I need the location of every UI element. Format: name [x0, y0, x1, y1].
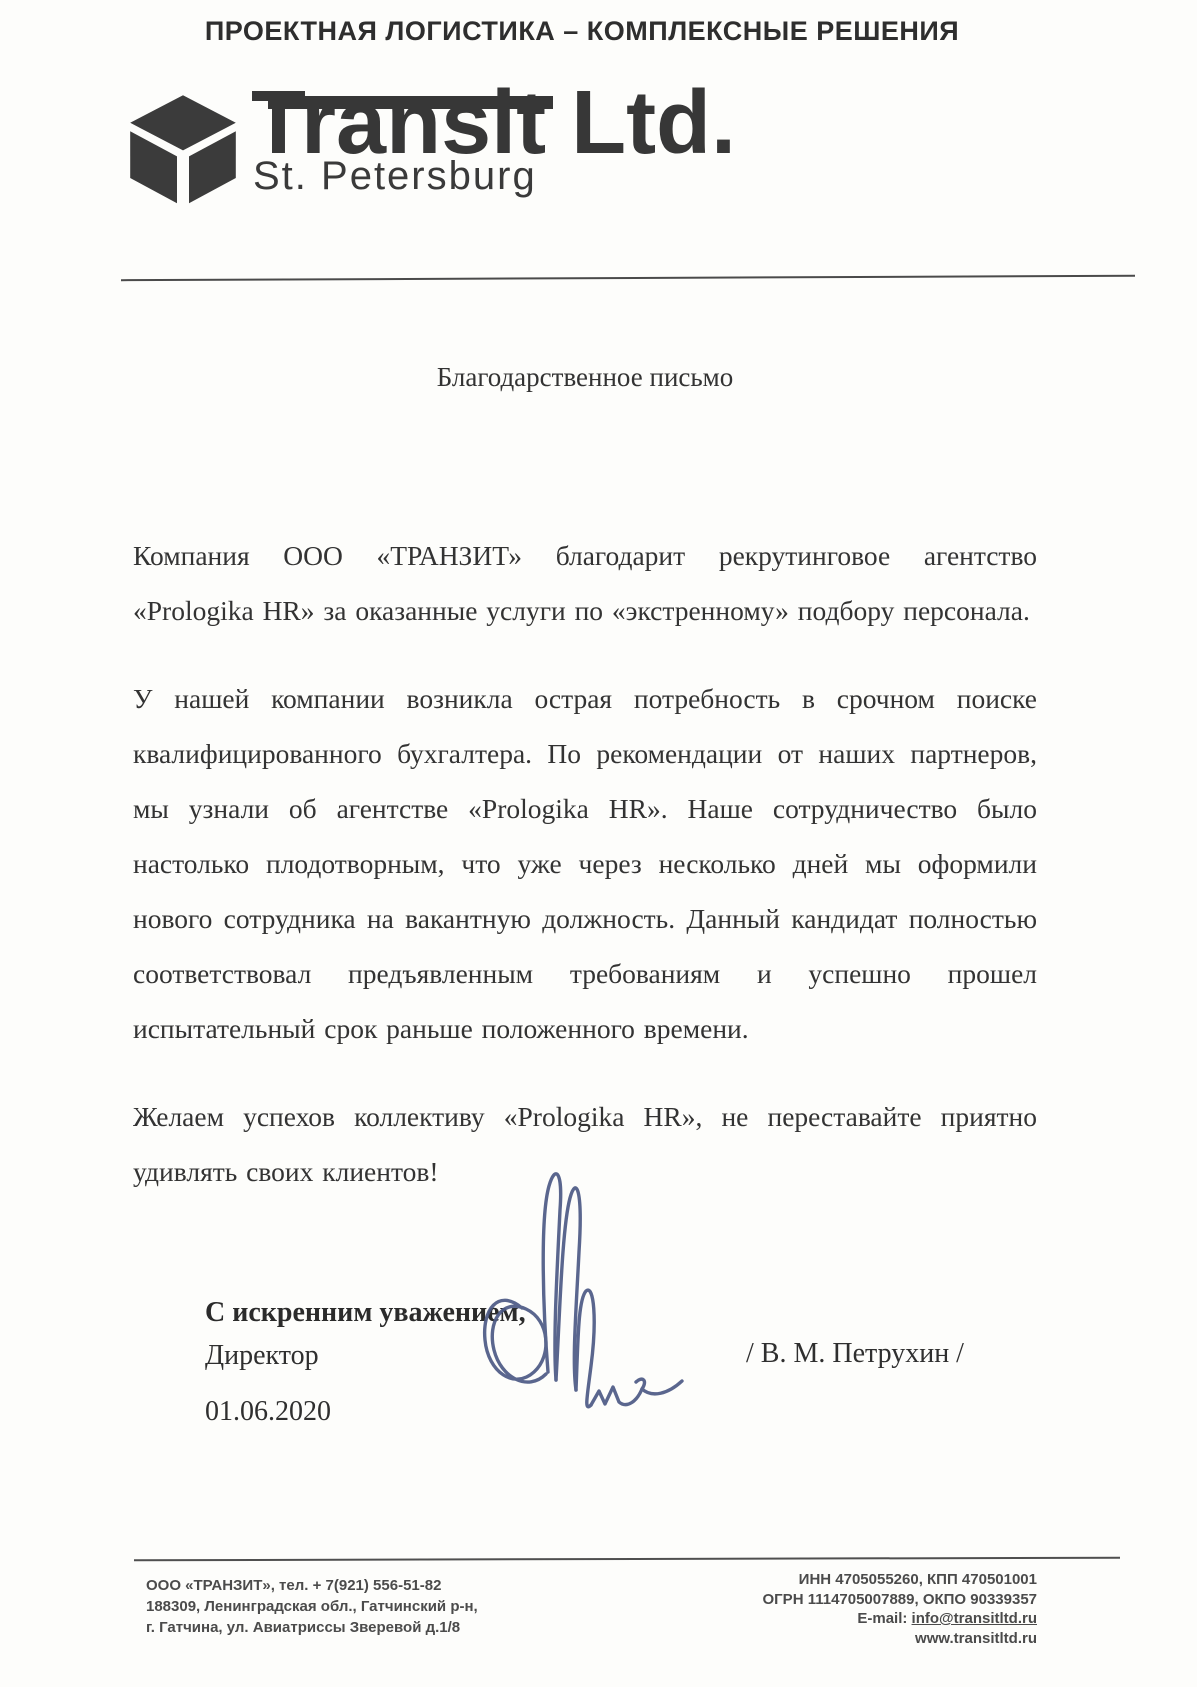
letter-body: Компания ООО «ТРАНЗИТ» благодарит рекрут… [133, 528, 1037, 1232]
footer-address-line: 188309, Ленинградская обл., Гатчинский р… [146, 1596, 478, 1617]
footer-address-line: г. Гатчина, ул. Авиатриссы Зверевой д.1/… [146, 1617, 478, 1638]
letter-title: Благодарственное письмо [133, 362, 1037, 393]
signer-position: Директор [205, 1340, 319, 1372]
footer-ogrn-okpo: ОГРН 1114705007889, ОКПО 90339357 [763, 1590, 1037, 1610]
footer-divider [134, 1557, 1120, 1562]
header-divider [121, 275, 1135, 281]
letter-paragraph: Компания ООО «ТРАНЗИТ» благодарит рекрут… [133, 528, 1037, 638]
footer-company-info: ООО «ТРАНЗИТ», тел. + 7(921) 556-51-82 1… [146, 1575, 478, 1638]
scanned-letter-page: ПРОЕКТНАЯ ЛОГИСТИКА – КОМПЛЕКСНЫЕ РЕШЕНИ… [0, 0, 1197, 1687]
letter-date: 01.06.2020 [205, 1396, 331, 1428]
logo-top-bar [268, 96, 553, 109]
cube-box-icon [123, 88, 243, 208]
footer-email-label: E-mail: [857, 1610, 911, 1627]
footer-company-line: ООО «ТРАНЗИТ», тел. + 7(921) 556-51-82 [146, 1575, 478, 1596]
footer-email-link[interactable]: info@transitltd.ru [912, 1610, 1037, 1627]
logo-city: St. Petersburg [253, 154, 537, 199]
footer-email-row: E-mail: info@transitltd.ru [763, 1609, 1037, 1629]
footer-inn-kpp: ИНН 4705055260, КПП 470501001 [763, 1570, 1037, 1590]
letter-paragraph: У нашей компании возникла острая потребн… [133, 671, 1037, 1056]
handwritten-signature [460, 1160, 700, 1420]
company-tagline: ПРОЕКТНАЯ ЛОГИСТИКА – КОМПЛЕКСНЫЕ РЕШЕНИ… [0, 16, 1164, 47]
company-logo: Transit Ltd. St. Petersburg [123, 86, 823, 216]
footer-registration-info: ИНН 4705055260, КПП 470501001 ОГРН 11147… [763, 1570, 1037, 1648]
signer-name: / В. М. Петрухин / [746, 1338, 964, 1370]
footer-website: www.transitltd.ru [763, 1629, 1037, 1649]
